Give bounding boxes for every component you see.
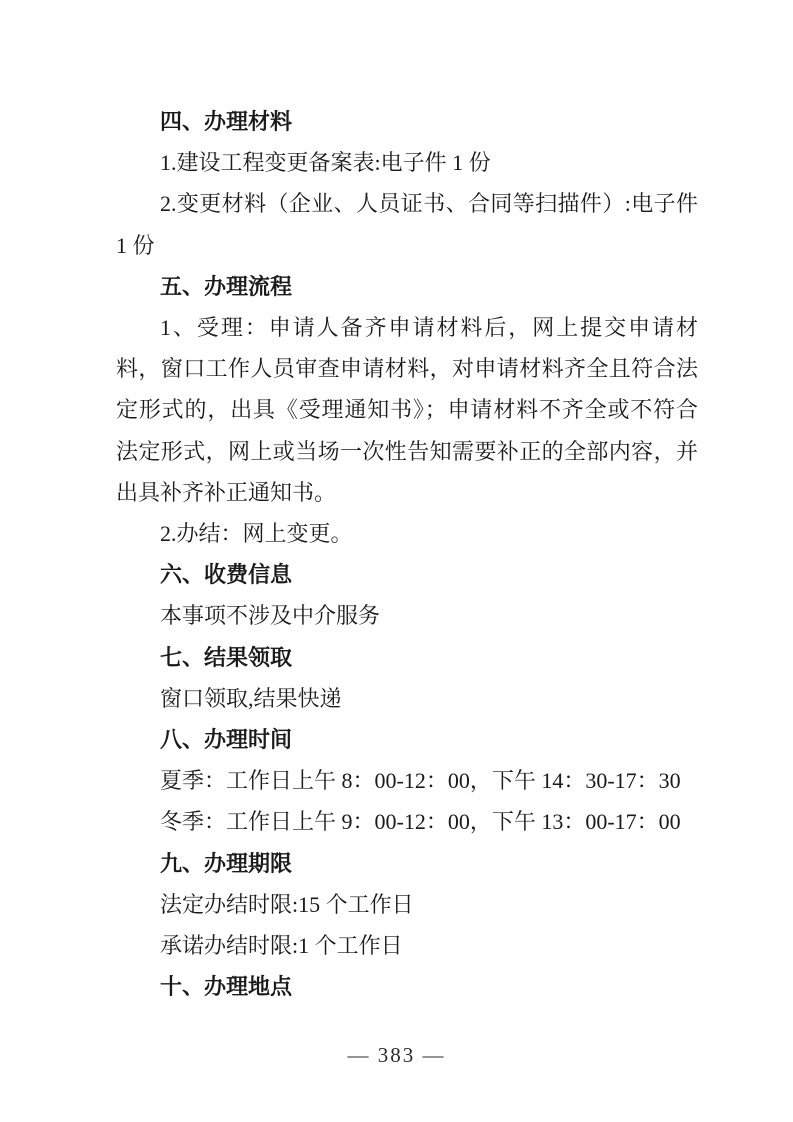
- para-summer-hours: 夏季：工作日上午 8：00-12：00，下午 14：30-17：30: [116, 760, 698, 801]
- para-result-pickup: 窗口领取,结果快递: [116, 678, 698, 719]
- para-process-step-2-completion: 2.办结：网上变更。: [116, 513, 698, 554]
- heading-section-four-materials: 四、办理材料: [116, 101, 698, 142]
- page-number: — 383 —: [0, 1040, 793, 1070]
- para-process-step-1-acceptance: 1、受理：申请人备齐申请材料后，网上提交申请材料，窗口工作人员审查申请材料，对申…: [116, 307, 698, 513]
- heading-section-nine-deadline: 九、办理期限: [116, 843, 698, 884]
- document-content: 四、办理材料 1.建设工程变更备案表:电子件 1 份 2.变更材料（企业、人员证…: [116, 101, 698, 1007]
- heading-section-ten-location: 十、办理地点: [116, 966, 698, 1007]
- para-statutory-deadline: 法定办结时限:15 个工作日: [116, 884, 698, 925]
- heading-section-six-fees: 六、收费信息: [116, 554, 698, 595]
- para-fee-info: 本事项不涉及中介服务: [116, 595, 698, 636]
- document-page: 四、办理材料 1.建设工程变更备案表:电子件 1 份 2.变更材料（企业、人员证…: [0, 0, 793, 1122]
- para-promised-deadline: 承诺办结时限:1 个工作日: [116, 925, 698, 966]
- heading-section-five-process: 五、办理流程: [116, 266, 698, 307]
- para-material-item-2: 2.变更材料（企业、人员证书、合同等扫描件）:电子件 1 份: [116, 183, 698, 265]
- para-material-item-1: 1.建设工程变更备案表:电子件 1 份: [116, 142, 698, 183]
- para-winter-hours: 冬季：工作日上午 9：00-12：00，下午 13：00-17：00: [116, 801, 698, 842]
- heading-section-eight-hours: 八、办理时间: [116, 719, 698, 760]
- heading-section-seven-result: 七、结果领取: [116, 637, 698, 678]
